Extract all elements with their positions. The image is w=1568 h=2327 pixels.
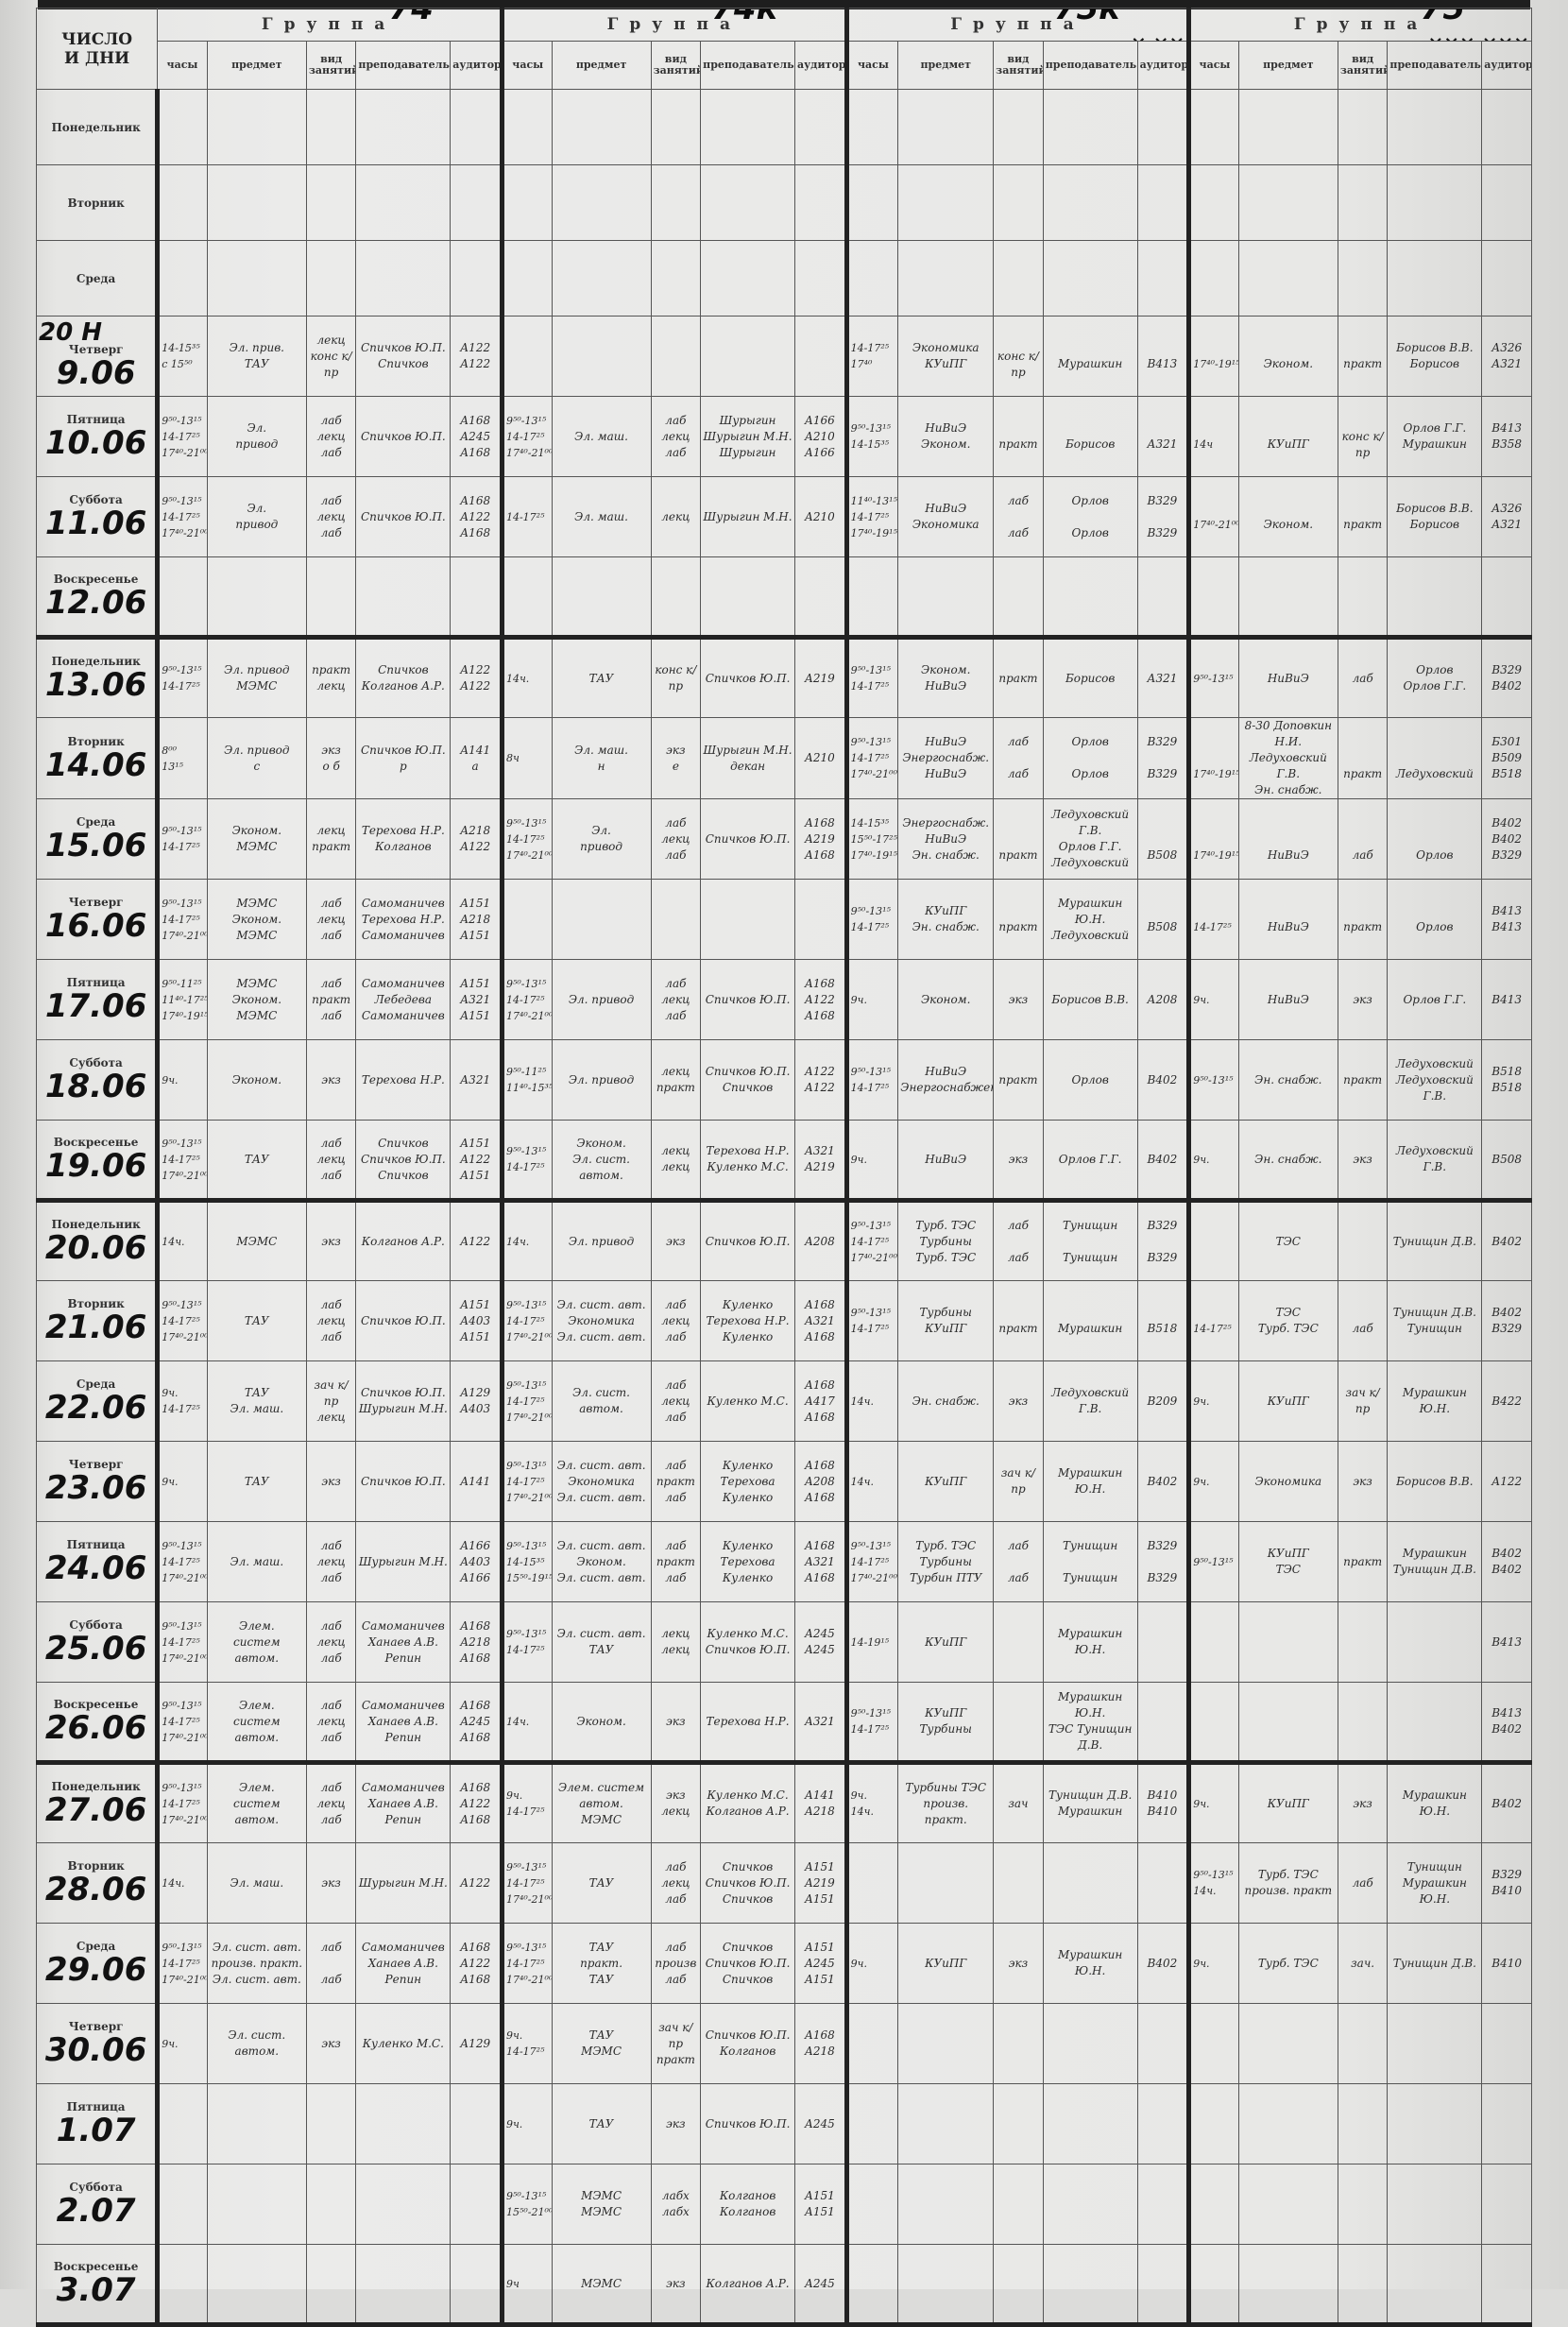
day-date: 30.06 xyxy=(39,2033,153,2067)
room-cell: В402 xyxy=(1137,1442,1189,1522)
hours-cell xyxy=(158,90,208,165)
class-type-cell: экз xyxy=(651,1683,701,1763)
room-cell: В413 xyxy=(1482,1602,1532,1683)
schedule-row: Суббота18.069ч.Эконом.экзТерехова Н.Р.А3… xyxy=(37,1040,1532,1121)
hours-cell xyxy=(158,165,208,241)
room-cell: А218 А122 xyxy=(451,799,503,880)
hours-cell: 9⁵⁰-13¹⁵ 14-17²⁵ 17⁴⁰-21⁰⁰ xyxy=(502,1442,552,1522)
hours-cell: 9⁵⁰-13¹⁵ 14-17²⁵ xyxy=(158,799,208,880)
schedule-row: Четверг23.069ч.ТАУэкзСпичков Ю.П.А1419⁵⁰… xyxy=(37,1442,1532,1522)
room-cell xyxy=(794,165,846,241)
subject-cell xyxy=(552,90,651,165)
class-type-cell xyxy=(994,1602,1044,1683)
class-type-cell xyxy=(306,557,356,638)
teacher-cell: Мурашкин Ю.Н. ТЭС Тунищин Д.В. xyxy=(1043,1683,1137,1763)
teacher-cell xyxy=(356,90,451,165)
class-type-cell xyxy=(651,165,701,241)
room-cell: А168 А208 А168 xyxy=(794,1442,846,1522)
column-header: предмет xyxy=(1238,42,1338,90)
room-cell: В518 xyxy=(1137,1281,1189,1361)
subject-cell: Эл. маш. xyxy=(207,1522,306,1602)
hours-cell xyxy=(1189,2084,1239,2164)
day-date: 3.07 xyxy=(39,2273,153,2289)
hours-cell: 9⁵⁰-13¹⁵ 14-17²⁵ 17⁴⁰-21⁰⁰ xyxy=(502,1843,552,1924)
day-date: 17.06 xyxy=(39,989,153,1023)
class-type-cell: лаб лекц лаб xyxy=(306,1602,356,1683)
hours-cell: 9⁵⁰-13¹⁵ 14-17²⁵ xyxy=(846,1683,898,1763)
hours-cell: 9ч. xyxy=(846,1924,898,2004)
class-type-cell: лаб лекц лаб xyxy=(306,477,356,557)
column-header: преподаватель xyxy=(356,42,451,90)
hours-cell: 9⁵⁰-13¹⁵ 14-17²⁵ 17⁴⁰-21⁰⁰ xyxy=(158,397,208,477)
subject-cell: Эл. сист. авт. Экономика Эл. сист. авт. xyxy=(552,1442,651,1522)
room-cell xyxy=(1137,2245,1189,2290)
day-cell: Понедельник13.06 xyxy=(37,638,158,718)
teacher-cell: Терехова Н.Р. Куленко М.С. xyxy=(701,1121,795,1201)
class-type-cell: лаб xyxy=(1338,799,1388,880)
subject-cell: МЭМС МЭМС xyxy=(552,2164,651,2245)
hours-cell: 9⁵⁰-13¹⁵ 14-17²⁵ 17⁴⁰-21⁰⁰ xyxy=(158,477,208,557)
schedule-row: Среда29.069⁵⁰-13¹⁵ 14-17²⁵ 17⁴⁰-21⁰⁰Эл. … xyxy=(37,1924,1532,2004)
class-type-cell: практ xyxy=(994,1281,1044,1361)
room-cell: А219 xyxy=(794,638,846,718)
subject-cell: НиВиЭ xyxy=(1238,799,1338,880)
teacher-cell: Спичков Ю.П. Колганов xyxy=(701,2004,795,2084)
group-number: 75к xyxy=(1054,9,1120,15)
room-cell: А208 xyxy=(794,1201,846,1281)
hours-cell: 9⁵⁰-13¹⁵ 14-17²⁵ 17⁴⁰-21⁰⁰ xyxy=(846,1201,898,1281)
class-type-cell xyxy=(651,90,701,165)
room-cell: А168 А218 xyxy=(794,2004,846,2084)
subject-cell: Эконом. xyxy=(898,960,994,1040)
room-cell xyxy=(1482,2004,1532,2084)
hours-cell: 9ч. 14-17²⁵ xyxy=(158,1361,208,1442)
subject-cell: МЭМС xyxy=(207,1201,306,1281)
teacher-cell: Самоманичев Ханаев А.В. Репин xyxy=(356,1924,451,2004)
schedule-row: Среда xyxy=(37,241,1532,317)
day-cell: Пятница1.07 xyxy=(37,2084,158,2164)
group-number: 74 xyxy=(389,9,434,15)
subject-cell xyxy=(552,557,651,638)
teacher-cell: Ледуховский Г.В. xyxy=(1043,1361,1137,1442)
column-header: вид занятий xyxy=(994,42,1044,90)
day-date: 15.06 xyxy=(39,829,153,863)
room-cell xyxy=(451,557,503,638)
subject-cell xyxy=(898,2245,994,2290)
hours-cell: 9⁵⁰-13¹⁵ 14-17²⁵ 17⁴⁰-21⁰⁰ xyxy=(158,1683,208,1763)
hours-cell: 9⁵⁰-13¹⁵ 14-17²⁵ xyxy=(846,880,898,960)
room-cell: А151 А219 А151 xyxy=(794,1843,846,1924)
hours-cell xyxy=(158,2084,208,2164)
class-type-cell xyxy=(994,1843,1044,1924)
teacher-cell: Самоманичев Ханаев А.В. Репин xyxy=(356,1602,451,1683)
class-type-cell xyxy=(994,2164,1044,2245)
column-header: часы xyxy=(502,42,552,90)
subject-cell: Эконом. xyxy=(207,1040,306,1121)
teacher-cell xyxy=(1043,2164,1137,2245)
hours-cell: 14-17²⁵ xyxy=(1189,1281,1239,1361)
hours-cell: 14-17²⁵ 17⁴⁰ xyxy=(846,317,898,397)
day-cell: Понедельник xyxy=(37,90,158,165)
teacher-cell: Колганов А.Р. xyxy=(356,1201,451,1281)
subject-cell xyxy=(552,241,651,317)
subject-cell: ТАУ xyxy=(207,1281,306,1361)
column-header: вид занятий xyxy=(1338,42,1388,90)
hours-cell xyxy=(158,241,208,317)
room-cell: В508 xyxy=(1137,880,1189,960)
subject-cell xyxy=(1238,241,1338,317)
class-type-cell: зач. xyxy=(1338,1924,1388,2004)
class-type-cell: лаб лаб xyxy=(306,1924,356,2004)
subject-cell xyxy=(1238,165,1338,241)
class-type-cell: конс к/пр xyxy=(651,638,701,718)
room-cell: А321 xyxy=(1137,638,1189,718)
schedule-row: Пятница24.069⁵⁰-13¹⁵ 14-17²⁵ 17⁴⁰-21⁰⁰Эл… xyxy=(37,1522,1532,1602)
schedule-row: Суббота11.069⁵⁰-13¹⁵ 14-17²⁵ 17⁴⁰-21⁰⁰Эл… xyxy=(37,477,1532,557)
subject-cell: НиВиЭ xyxy=(1238,960,1338,1040)
teacher-cell: Мурашкин Ю.Н. xyxy=(1043,1602,1137,1683)
class-type-cell: экз xyxy=(651,1201,701,1281)
class-type-cell: лекц практ xyxy=(306,799,356,880)
class-type-cell xyxy=(306,90,356,165)
day-cell: Вторник14.06 xyxy=(37,718,158,799)
teacher-cell: Шурыгин М.Н. декан xyxy=(701,718,795,799)
hours-cell xyxy=(846,2245,898,2290)
class-type-cell xyxy=(1338,2164,1388,2245)
subject-cell xyxy=(207,2084,306,2164)
room-cell: В413 В402 xyxy=(1482,1683,1532,1763)
schedule-row: Воскресенье12.06 xyxy=(37,557,1532,638)
subject-cell xyxy=(1238,2004,1338,2084)
subject-cell: ТАУ xyxy=(552,638,651,718)
room-cell: А168 А321 А168 xyxy=(794,1522,846,1602)
room-cell: А166 А210 А166 xyxy=(794,397,846,477)
room-cell: А151 А245 А151 xyxy=(794,1924,846,2004)
hours-cell: 9ч. 14ч. xyxy=(846,1763,898,1843)
group-note: × ×× xyxy=(1131,37,1185,42)
teacher-cell: Спичков Спичков Ю.П. Спичков xyxy=(701,1924,795,2004)
class-type-cell: экз xyxy=(1338,1442,1388,1522)
teacher-cell xyxy=(1388,165,1482,241)
day-date: 12.06 xyxy=(39,586,153,620)
room-cell xyxy=(1137,557,1189,638)
teacher-cell: Борисов В.В. Борисов xyxy=(1388,317,1482,397)
room-cell: В508 xyxy=(1482,1121,1532,1201)
hours-cell: 14ч. xyxy=(502,1683,552,1763)
teacher-cell: Тунищин Тунищин xyxy=(1043,1201,1137,1281)
class-type-cell: практ xyxy=(1338,317,1388,397)
schedule-row: Суббота25.069⁵⁰-13¹⁵ 14-17²⁵ 17⁴⁰-21⁰⁰Эл… xyxy=(37,1602,1532,1683)
teacher-cell: Терехова Н.Р. Колганов xyxy=(356,799,451,880)
day-date: 28.06 xyxy=(39,1873,153,1907)
teacher-cell: Куленко Терехова Н.Р. Куленко xyxy=(701,1281,795,1361)
room-cell: А168 А321 А168 xyxy=(794,1281,846,1361)
day-cell: Среда29.06 xyxy=(37,1924,158,2004)
class-type-cell: лекц лекц xyxy=(651,1602,701,1683)
hours-cell: 9⁵⁰-13¹⁵ 14-17²⁵ 17⁴⁰-21⁰⁰ xyxy=(158,1763,208,1843)
schedule-row: Пятница10.069⁵⁰-13¹⁵ 14-17²⁵ 17⁴⁰-21⁰⁰Эл… xyxy=(37,397,1532,477)
teacher-cell xyxy=(701,90,795,165)
hours-cell: 9ч. 14-17²⁵ xyxy=(502,1763,552,1843)
teacher-cell xyxy=(701,165,795,241)
hours-cell: 11⁴⁰-13¹⁵ 14-17²⁵ 17⁴⁰-19¹⁵ xyxy=(846,477,898,557)
room-cell xyxy=(1482,557,1532,638)
subject-cell: Эл. маш. xyxy=(207,1843,306,1924)
subject-cell xyxy=(1238,1602,1338,1683)
room-cell: А210 xyxy=(794,718,846,799)
room-cell: А168 А245 А168 xyxy=(451,397,503,477)
room-cell: А122 xyxy=(451,1201,503,1281)
room-cell xyxy=(794,241,846,317)
teacher-cell: Борисов xyxy=(1043,397,1137,477)
subject-cell: Экономика КУиПГ xyxy=(898,317,994,397)
group-header-0: Группа74 xyxy=(158,9,503,42)
hours-cell: 9⁵⁰-13¹⁵ 14-15³⁵ xyxy=(846,397,898,477)
teacher-cell: Борисов В.В. xyxy=(1388,1442,1482,1522)
teacher-cell: Мурашкин Ю.Н. xyxy=(1388,1361,1482,1442)
hours-cell: 9⁵⁰-13¹⁵ 14-17²⁵ 17⁴⁰-21⁰⁰ xyxy=(846,718,898,799)
class-type-cell xyxy=(1338,241,1388,317)
subject-cell xyxy=(898,2084,994,2164)
hours-cell: 14ч. xyxy=(502,638,552,718)
column-header: аудитория xyxy=(794,42,846,90)
hours-cell: 9⁵⁰-13¹⁵ 15⁵⁰-21⁰⁰ xyxy=(502,2164,552,2245)
subject-cell xyxy=(207,2245,306,2290)
subject-cell xyxy=(898,2164,994,2245)
subject-cell: МЭМС Эконом. МЭМС xyxy=(207,880,306,960)
room-cell: А151 А218 А151 xyxy=(451,880,503,960)
class-type-cell: экз лекц xyxy=(651,1763,701,1843)
subject-cell: ТАУ xyxy=(552,2084,651,2164)
room-cell: А245 xyxy=(794,2245,846,2290)
teacher-cell xyxy=(1388,1683,1482,1763)
subject-cell: Турб. ТЭС Турбины Турб. ТЭС xyxy=(898,1201,994,1281)
subject-cell xyxy=(1238,90,1338,165)
schedule-row: Среда15.069⁵⁰-13¹⁵ 14-17²⁵Эконом. МЭМСле… xyxy=(37,799,1532,880)
teacher-cell: Куленко Терехова Куленко xyxy=(701,1442,795,1522)
teacher-cell: Борисов В.В. Борисов xyxy=(1388,477,1482,557)
hours-cell xyxy=(502,880,552,960)
subject-cell: Эл. сист. авт. Экономика Эл. сист. авт. xyxy=(552,1281,651,1361)
room-cell xyxy=(1137,241,1189,317)
hours-cell: 17⁴⁰-19¹⁵ xyxy=(1189,317,1239,397)
day-date: 14.06 xyxy=(39,748,153,782)
class-type-cell: лекц практ xyxy=(651,1040,701,1121)
hours-cell xyxy=(1189,165,1239,241)
hours-cell: 9⁵⁰-11²⁵ 11⁴⁰-17²⁵ 17⁴⁰-19¹⁵ xyxy=(158,960,208,1040)
room-cell: А122 xyxy=(451,1843,503,1924)
class-type-cell xyxy=(1338,165,1388,241)
class-type-cell: экз xyxy=(651,2084,701,2164)
room-cell: В413 В358 xyxy=(1482,397,1532,477)
class-type-cell: лаб практ лаб xyxy=(306,960,356,1040)
subject-cell xyxy=(1238,2245,1338,2290)
hours-cell: 9ч. xyxy=(1189,1121,1239,1201)
day-date: 25.06 xyxy=(39,1632,153,1666)
class-type-cell: лаб лаб xyxy=(994,477,1044,557)
class-type-cell: лаб лекц лаб xyxy=(651,1843,701,1924)
subject-cell: Эн. снабж. xyxy=(1238,1121,1338,1201)
hours-cell xyxy=(846,2084,898,2164)
subject-cell xyxy=(898,165,994,241)
class-type-cell xyxy=(1338,557,1388,638)
hours-cell: 9⁵⁰-13¹⁵ 14-17²⁵ 17⁴⁰-21⁰⁰ xyxy=(502,1361,552,1442)
class-type-cell: экз xyxy=(1338,1763,1388,1843)
class-type-cell: практ xyxy=(994,880,1044,960)
class-type-cell: лаб произв лаб xyxy=(651,1924,701,2004)
class-type-cell xyxy=(994,1683,1044,1763)
teacher-cell: Шурыгин Шурыгин М.Н. Шурыгин xyxy=(701,397,795,477)
class-type-cell: практ xyxy=(1338,1040,1388,1121)
day-date: 13.06 xyxy=(39,668,153,702)
class-type-cell: лаб лаб xyxy=(994,718,1044,799)
day-cell: Четверг30.06 xyxy=(37,2004,158,2084)
day-date: 1.07 xyxy=(39,2113,153,2147)
room-cell: В410 xyxy=(1482,1924,1532,2004)
class-type-cell: лаб лекц лаб xyxy=(306,397,356,477)
subject-cell: Эл. маш. н xyxy=(552,718,651,799)
teacher-cell: Шурыгин М.Н. xyxy=(701,477,795,557)
subject-cell: Эл. привод xyxy=(552,1040,651,1121)
teacher-cell: Спичков Ю.П. xyxy=(356,477,451,557)
room-cell xyxy=(1137,2004,1189,2084)
subject-cell: Эл. сист. авт. Эконом. Эл. сист. авт. xyxy=(552,1522,651,1602)
room-cell: В329 В329 xyxy=(1137,1201,1189,1281)
hours-cell xyxy=(502,165,552,241)
schedule-row: Воскресенье3.079чМЭМСэкзКолганов А.Р.А24… xyxy=(37,2245,1532,2290)
day-cell: Суббота2.07 xyxy=(37,2164,158,2245)
subject-cell: НиВиЭ Энергоснабж. НиВиЭ xyxy=(898,718,994,799)
teacher-cell xyxy=(1388,2245,1482,2290)
hours-cell: 9⁵⁰-13¹⁵ 14-17²⁵ 17⁴⁰-21⁰⁰ xyxy=(158,1924,208,2004)
teacher-cell: Спичков Ю.П. Спичков xyxy=(356,317,451,397)
teacher-cell xyxy=(701,880,795,960)
teacher-cell: Борисов xyxy=(1043,638,1137,718)
teacher-cell: Мурашкин Тунищин Д.В. xyxy=(1388,1522,1482,1602)
teacher-cell: Спичков Ю.П. xyxy=(356,397,451,477)
day-date: 18.06 xyxy=(39,1069,153,1104)
class-type-cell: лаб практ лаб xyxy=(651,1442,701,1522)
class-type-cell xyxy=(651,880,701,960)
room-cell: А168 А122 А168 xyxy=(451,477,503,557)
teacher-cell: Ледуховский Г.В. Орлов Г.Г. Ледуховский xyxy=(1043,799,1137,880)
day-note: 20 Н xyxy=(39,322,153,343)
subject-cell: ТАУ МЭМС xyxy=(552,2004,651,2084)
hours-cell xyxy=(502,317,552,397)
teacher-cell xyxy=(356,2084,451,2164)
class-type-cell xyxy=(994,2084,1044,2164)
subject-cell xyxy=(1238,2084,1338,2164)
room-cell: В209 xyxy=(1137,1361,1189,1442)
room-cell: А151 А151 xyxy=(794,2164,846,2245)
hours-cell: 9⁵⁰-13¹⁵ 14-17²⁵ 17⁴⁰-21⁰⁰ xyxy=(158,880,208,960)
schedule-row: Понедельник20.0614ч.МЭМСэкзКолганов А.Р.… xyxy=(37,1201,1532,1281)
teacher-cell: Спичков Ю.П. xyxy=(701,960,795,1040)
day-cell: Среда15.06 xyxy=(37,799,158,880)
room-cell: В518 В518 xyxy=(1482,1040,1532,1121)
room-cell: В329 В329 xyxy=(1137,1522,1189,1602)
day-date: 22.06 xyxy=(39,1391,153,1425)
hours-cell: 14ч. xyxy=(502,1201,552,1281)
day-date: 9.06 xyxy=(39,356,153,390)
teacher-cell: Тунищин Д.В. xyxy=(1388,1924,1482,2004)
room-cell: А208 xyxy=(1137,960,1189,1040)
day-cell: Понедельник20.06 xyxy=(37,1201,158,1281)
hours-cell xyxy=(1189,2245,1239,2290)
schedule-row: Воскресенье26.069⁵⁰-13¹⁵ 14-17²⁵ 17⁴⁰-21… xyxy=(37,1683,1532,1763)
hours-cell: 9⁵⁰-13¹⁵ 14-17²⁵ 17⁴⁰-21⁰⁰ xyxy=(502,1924,552,2004)
room-cell xyxy=(451,2245,503,2290)
hours-cell: 14ч xyxy=(1189,397,1239,477)
column-header: вид занятий xyxy=(306,42,356,90)
subject-cell xyxy=(552,317,651,397)
hours-cell xyxy=(1189,1602,1239,1683)
class-type-cell xyxy=(994,241,1044,317)
hours-cell: 17⁴⁰-19¹⁵ xyxy=(1189,799,1239,880)
subject-cell: Эконом. НиВиЭ xyxy=(898,638,994,718)
day-date: 23.06 xyxy=(39,1471,153,1505)
hours-cell: 9⁵⁰-13¹⁵ 14-17²⁵ 17⁴⁰-21⁰⁰ xyxy=(502,960,552,1040)
day-cell: Среда22.06 xyxy=(37,1361,158,1442)
schedule-row: Понедельник xyxy=(37,90,1532,165)
column-header: аудитория xyxy=(451,42,503,90)
hours-cell xyxy=(846,2164,898,2245)
subject-cell: Эл. привод МЭМС xyxy=(207,638,306,718)
class-type-cell: зач к/пр xyxy=(1338,1361,1388,1442)
teacher-cell: Спичков Ю.П. xyxy=(356,1442,451,1522)
teacher-cell: Орлов xyxy=(1388,799,1482,880)
column-header: часы xyxy=(846,42,898,90)
column-header: предмет xyxy=(898,42,994,90)
class-type-cell: экз xyxy=(994,1121,1044,1201)
teacher-cell: Ледуховский xyxy=(1388,718,1482,799)
teacher-cell xyxy=(1388,1602,1482,1683)
class-type-cell: лаб лекц лаб xyxy=(651,397,701,477)
day-cell: Суббота25.06 xyxy=(37,1602,158,1683)
room-cell: А168 А219 А168 xyxy=(794,799,846,880)
room-cell xyxy=(794,557,846,638)
schedule-row: Вторник14.068⁰⁰ 13¹⁵Эл. привод сэкз о бС… xyxy=(37,718,1532,799)
room-cell: А245 xyxy=(794,2084,846,2164)
subject-cell xyxy=(207,90,306,165)
teacher-cell: Колганов Колганов xyxy=(701,2164,795,2245)
hours-cell: 14ч. xyxy=(158,1201,208,1281)
class-type-cell: экз xyxy=(1338,960,1388,1040)
subject-cell: КУиПГ ТЭС xyxy=(1238,1522,1338,1602)
class-type-cell xyxy=(651,317,701,397)
teacher-cell xyxy=(1043,90,1137,165)
subject-cell: КУиПГ xyxy=(1238,397,1338,477)
subject-cell: Эконом. xyxy=(1238,317,1338,397)
hours-cell: 9ч. xyxy=(1189,1361,1239,1442)
teacher-cell: Орлов Орлов xyxy=(1043,477,1137,557)
subject-cell: НиВиЭ xyxy=(1238,880,1338,960)
room-cell: А168 А122 А168 xyxy=(451,1763,503,1843)
room-cell: А129 А403 xyxy=(451,1361,503,1442)
room-cell xyxy=(1137,90,1189,165)
teacher-cell: Орлов Орлов Г.Г. xyxy=(1388,638,1482,718)
class-type-cell xyxy=(651,241,701,317)
class-type-cell: экз е xyxy=(651,718,701,799)
hours-cell xyxy=(846,90,898,165)
room-cell: А141 xyxy=(451,1442,503,1522)
day-date: 26.06 xyxy=(39,1711,153,1745)
room-cell xyxy=(451,165,503,241)
schedule-table: ЧИСЛО И ДНИ Группа74Группа74кГруппа75к× … xyxy=(36,8,1532,2289)
room-cell: А168 А417 А168 xyxy=(794,1361,846,1442)
hours-cell xyxy=(502,90,552,165)
day-cell: Воскресенье12.06 xyxy=(37,557,158,638)
